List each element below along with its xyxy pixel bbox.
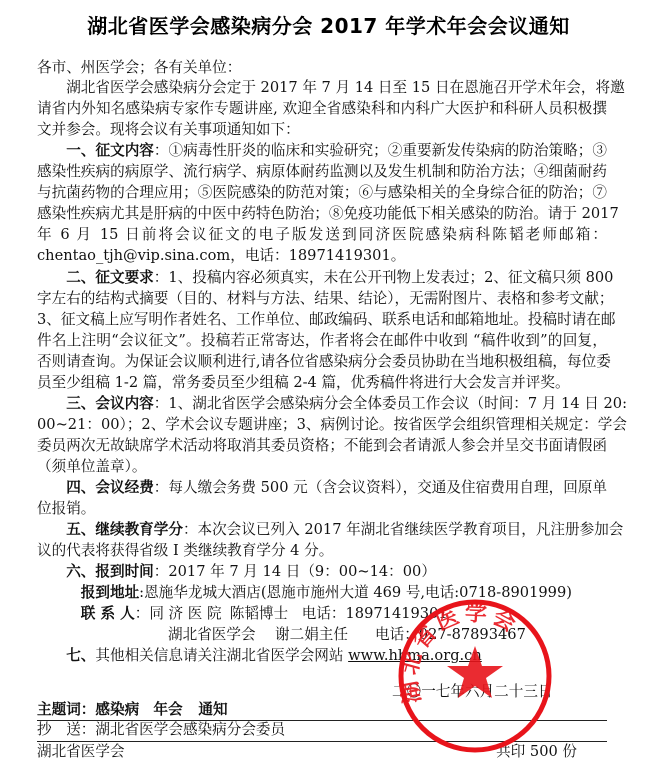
keyword: 年会 xyxy=(153,700,198,720)
section-1-line: 年 6 月 15 日前将会议征文的电子版发送到同济医院感染病科陈韬老师邮箱： xyxy=(37,225,607,245)
section-1-line: 感染性疾病尤其是肝病的中医中药特色防治；⑧免疫功能低下相关感染的防治。请于 20… xyxy=(37,204,607,224)
section-2-line: 字左右的结构式摘要（目的、材料与方法、结果、结论），无需附图片、表格和参考文献； xyxy=(37,289,607,309)
section-1-line: 一、征文内容：①病毒性肝炎的临床和实验研究；②重要新发传染病的防治策略；③ xyxy=(37,141,607,161)
section-2-line: 否则请查询。为保证会议顺利进行,请各位省感染病分会委员协助在当地积极组稿，每位委 xyxy=(37,352,607,372)
section-text: ：1、湖北省医学会感染病分会全体委员工作会议（时间：7 月 14 日 20: xyxy=(154,395,627,412)
keywords-label: 主题词： xyxy=(37,701,95,718)
intro-line: 请省内外知名感染病专家作专题讲座, 欢迎全省感染科和内科广大医护和科研人员积极撰 xyxy=(37,99,607,119)
salutation: 各市、州医学会；各有关单位： xyxy=(37,58,607,78)
section-1-contact: chentao_tjh@vip.sina.com，电话：18971419301。 xyxy=(37,246,607,266)
section-text: ：本次会议已列入 2017 年湖北省继续医学教育项目，凡注册参加会 xyxy=(183,521,623,538)
registration-time: ：2017 年 7 月 14 日（9：00~14：00） xyxy=(154,563,436,580)
section-7-heading: 七、 xyxy=(37,647,95,664)
section-4-line: 位报销。 xyxy=(37,499,607,519)
section-6-heading: 六、报到时间 xyxy=(37,563,154,580)
section-1-line: 感染性疾病的病原学、流行病学、病原体耐药监测以及发生机制和防治方法；④细菌耐药 xyxy=(37,162,607,182)
section-1-line: 与抗菌药物的合理应用；⑤医院感染的防范对策；⑥与感染相关的全身综合征的防治；⑦ xyxy=(37,183,607,203)
section-2-line: 二、征文要求：1、投稿内容必须真实，未在公开刊物上发表过；2、征文稿只须 800 xyxy=(37,268,607,288)
section-text: ：①病毒性肝炎的临床和实验研究；②重要新发传染病的防治策略；③ xyxy=(154,142,607,159)
contact-name: 谢二娟主任 xyxy=(275,625,375,645)
contact-org: 湖北省医学会 xyxy=(168,625,275,645)
section-4-heading: 四、会议经费 xyxy=(37,479,154,496)
document-title: 湖北省医学会感染病分会 2017 年学术年会会议通知 xyxy=(0,10,657,39)
keyword: 通知 xyxy=(198,701,227,718)
section-4-line: 四、会议经费：每人缴会务费 500 元（含会议资料），交通及住宿费用自理，回原单 xyxy=(37,478,607,498)
section-2-line: 员至少组稿 1-2 篇，常务委员至少组稿 2-4 篇，优秀稿件将进行大会发言并评… xyxy=(37,373,607,393)
address-label: 报到地址 xyxy=(37,584,139,601)
section-text: ：1、投稿内容必须真实，未在公开刊物上发表过；2、征文稿只须 800 xyxy=(154,269,614,286)
section-text: 其他相关信息请关注湖北省医学会网站 xyxy=(95,647,348,664)
intro-line: 湖北省医学会感染病分会定于 2017 年 7 月 14 日至 15 日在恩施召开… xyxy=(37,78,607,98)
contact-name: 陈韬博士 xyxy=(230,604,302,624)
section-3-line: 三、会议内容：1、湖北省医学会感染病分会全体委员工作会议（时间：7 月 14 日… xyxy=(37,394,607,414)
section-2-heading: 二、征文要求 xyxy=(37,269,154,286)
cc-label: 抄 送： xyxy=(37,721,95,738)
keyword: 感染病 xyxy=(95,700,153,720)
section-5-heading: 五、继续教育学分 xyxy=(37,521,183,538)
section-6-time: 六、报到时间：2017 年 7 月 14 日（9：00~14：00） xyxy=(37,562,607,582)
section-2-line: 件名上注明“会议征文”。投稿若正常寄达，作者将会在邮件中收到 “稿件收到”的回复… xyxy=(37,331,607,351)
section-text: ：每人缴会务费 500 元（含会议资料），交通及住宿费用自理，回原单 xyxy=(154,479,607,496)
section-3-line: 委员两次无故缺席学术活动将取消其委员资格；不能到会者请派人参会并呈交书面请假函 xyxy=(37,436,607,456)
section-3-line: 00~21：00）；2、学术会议专题讲座；3、病例讨论。按省医学会组织管理相关规… xyxy=(37,415,607,435)
section-5-line: 议的代表将获得省级 I 类继续教育学分 4 分。 xyxy=(37,541,607,561)
cc-recipients: 湖北省医学会感染病分会委员 xyxy=(95,721,285,738)
issuer: 湖北省医学会 xyxy=(37,743,125,760)
intro-line: 文并参会。现将会议有关事项通知如下： xyxy=(37,120,607,140)
official-seal-icon: 湖北省医学会 xyxy=(395,596,555,756)
section-1-heading: 一、征文内容 xyxy=(37,142,154,159)
svg-text:湖北省医学会: 湖北省医学会 xyxy=(397,600,524,705)
contact-label: 联 系 人 xyxy=(37,605,135,622)
contact-org: ：同 济 医 院 xyxy=(135,604,230,624)
section-3-line: （须单位盖章）。 xyxy=(37,457,607,477)
section-2-line: 3、征文稿上应写明作者姓名、工作单位、邮政编码、联系电话和邮箱地址。投稿时请在邮 xyxy=(37,310,607,330)
section-3-heading: 三、会议内容 xyxy=(37,395,154,412)
section-5-line: 五、继续教育学分：本次会议已列入 2017 年湖北省继续医学教育项目，凡注册参加… xyxy=(37,520,607,540)
